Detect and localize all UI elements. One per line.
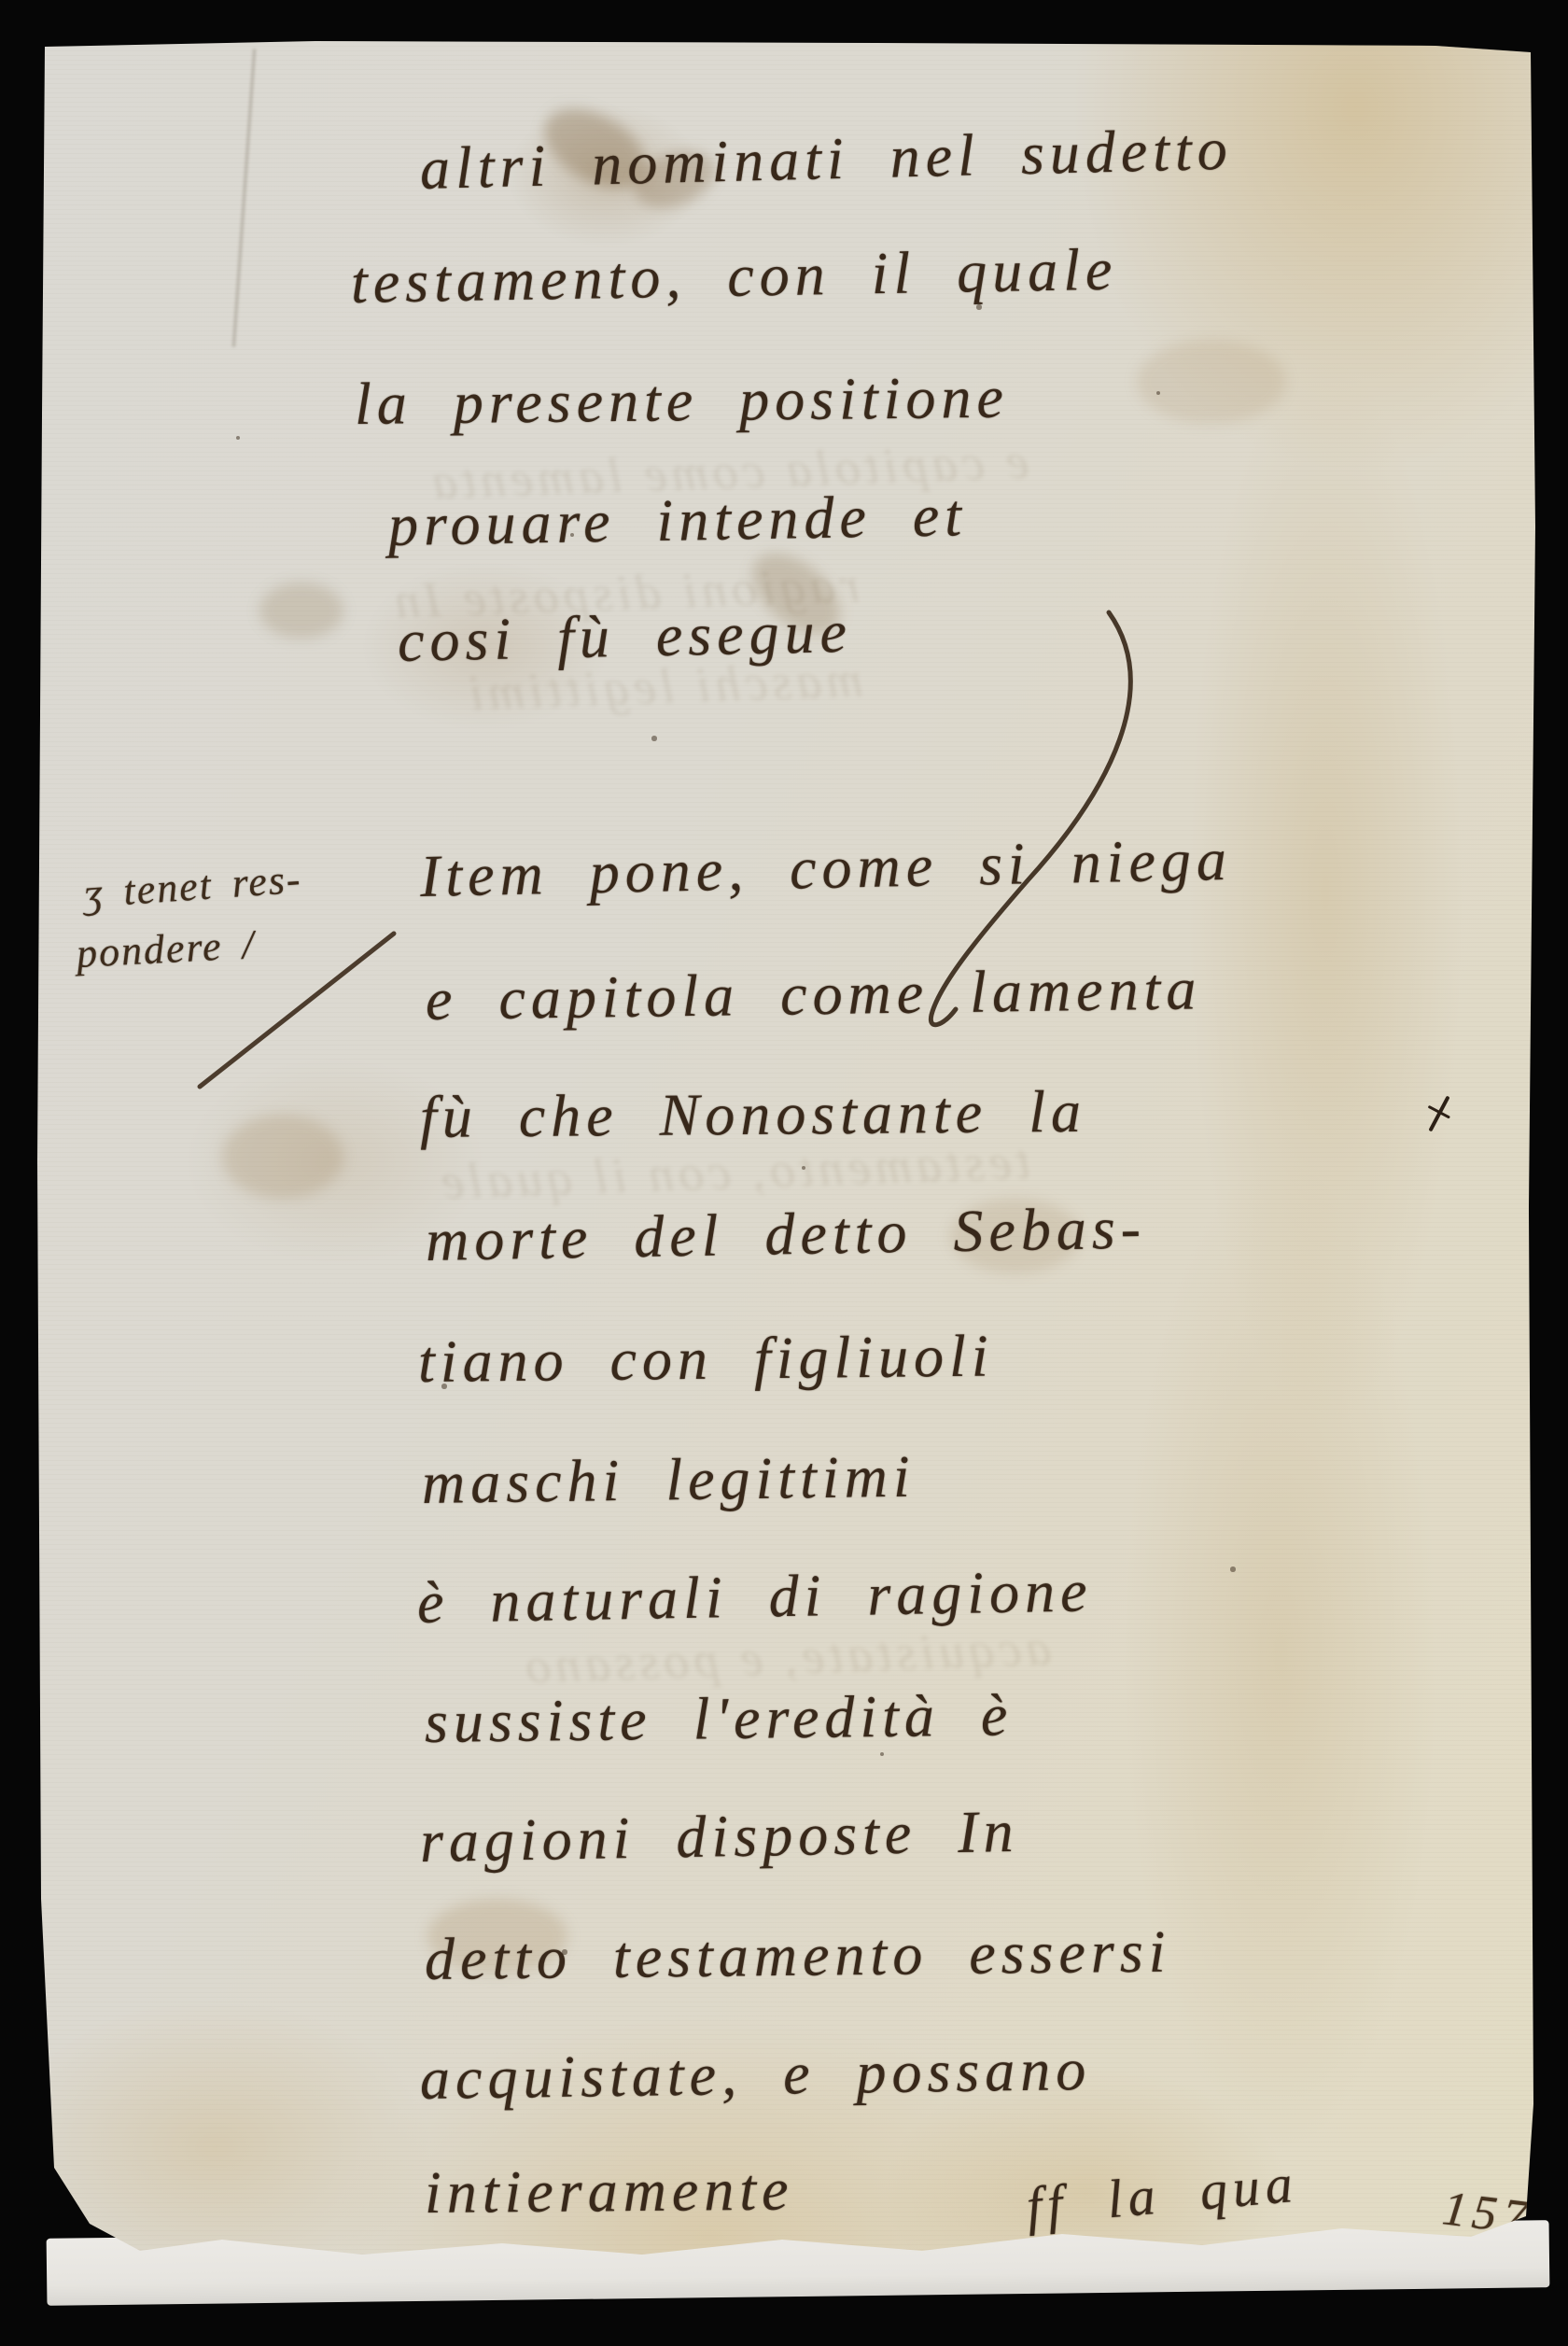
handwritten-line: ragioni disposte In — [419, 1797, 1019, 1876]
handwritten-line: fù che Nonostante la — [420, 1077, 1087, 1152]
handwritten-line: tiano con figliuoli — [418, 1322, 994, 1397]
handwritten-line: maschi legittimi — [421, 1442, 916, 1518]
manuscript-photo: e capitola come lamenta ragioni disposte… — [0, 0, 1568, 2346]
handwritten-line: è naturali di ragione — [416, 1556, 1093, 1637]
handwritten-line: morte del detto Sebas- — [425, 1194, 1146, 1275]
handwritten-line: sussiste l'eredità è — [425, 1680, 1014, 1757]
ink-speck — [35, 41, 37, 43]
handwritten-line: altri nominati nel sudetto — [419, 115, 1233, 204]
ink-smudge — [259, 583, 343, 639]
catchword: ff la qua — [1024, 2152, 1300, 2238]
handwritten-line: cosi fù esegue — [397, 597, 852, 676]
crease-line — [232, 49, 256, 346]
handwritten-line: acquistate, e possano — [419, 2035, 1091, 2114]
margin-note-line: ʒ tenet res- — [82, 855, 303, 918]
paper-crack — [1428, 1096, 1449, 1132]
ink-smudge — [222, 1115, 343, 1199]
handwritten-line: testamento, con il quale — [350, 235, 1118, 317]
handwritten-line: prouare intende et — [387, 481, 967, 560]
handwritten-line: detto testamento essersi — [425, 1918, 1171, 1994]
ink-smudge — [1137, 340, 1286, 424]
handwritten-line: intieramente — [425, 2156, 794, 2227]
paper-sheet: e capitola come lamenta ragioni disposte… — [35, 41, 1535, 2282]
handwritten-line: e capitola come lamenta — [425, 954, 1201, 1034]
margin-slash — [187, 926, 411, 1103]
handwritten-line: la presente positione — [355, 363, 1010, 439]
